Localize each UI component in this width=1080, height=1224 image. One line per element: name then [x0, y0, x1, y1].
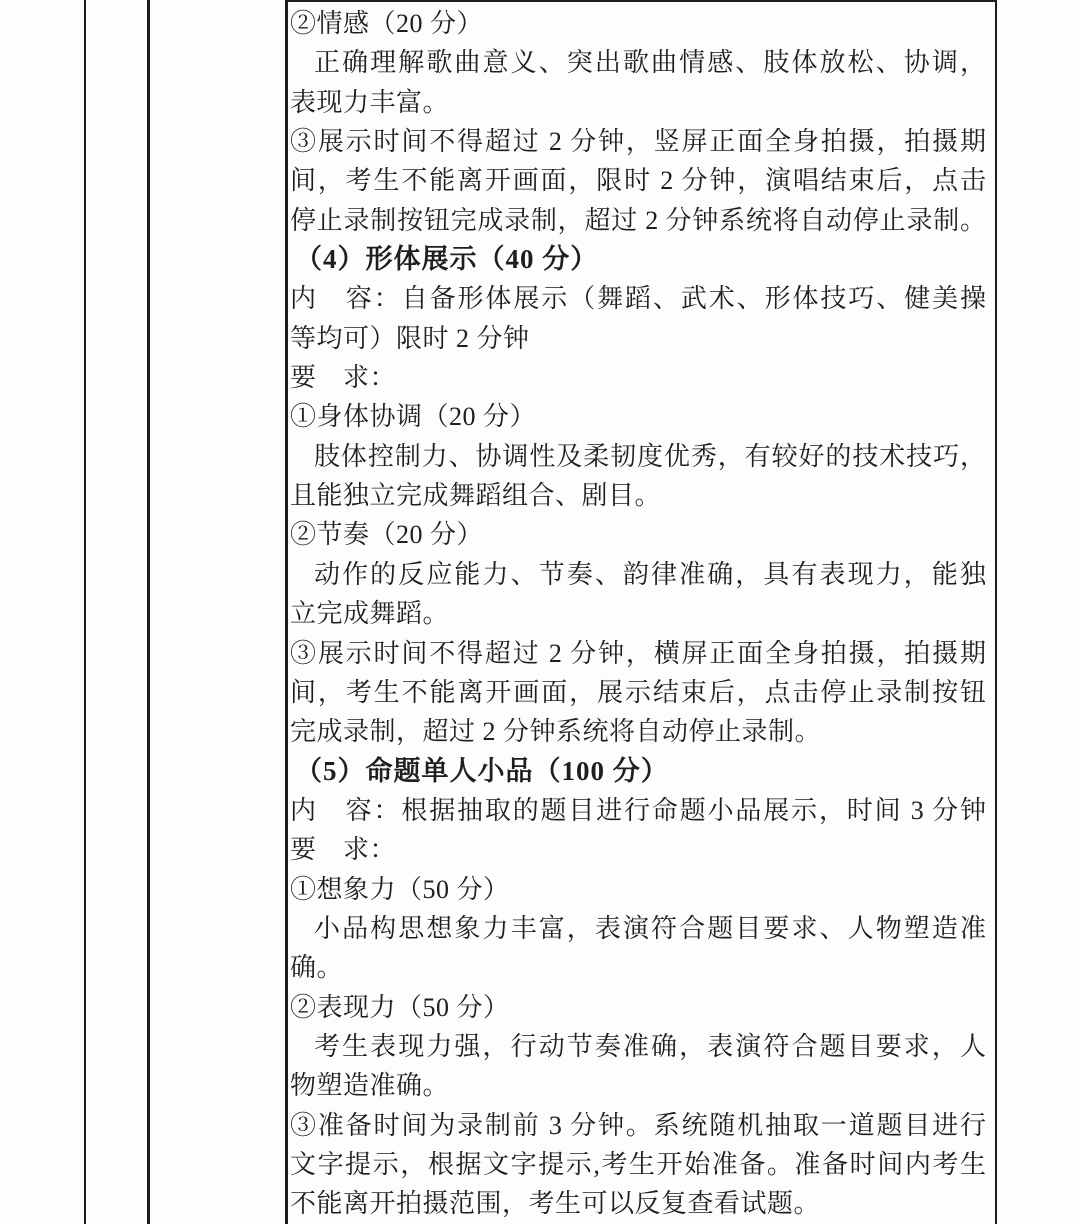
text-line: ③展示时间不得超过 2 分钟，横屏正面全身拍摄，拍摄期	[290, 634, 986, 673]
text-line: 物塑造准确。	[290, 1066, 986, 1105]
text-line: 且能独立完成舞蹈组合、剧目。	[290, 476, 986, 515]
text-line: 表现力丰富。	[290, 83, 986, 122]
text-line: 内 容：自备形体展示（舞蹈、武术、形体技巧、健美操	[290, 279, 986, 318]
text-line: 要 求：	[290, 358, 986, 397]
table-column-border-right	[995, 0, 997, 1224]
text-line: ③准备时间为录制前 3 分钟。系统随机抽取一道题目进行	[290, 1106, 986, 1145]
text-line: 要 求：	[290, 830, 986, 869]
text-line: 肢体控制力、协调性及柔韧度优秀，有较好的技术技巧，	[290, 437, 986, 476]
text-line: ③展示时间不得超过 2 分钟，竖屏正面全身拍摄，拍摄期	[290, 122, 986, 161]
text-line: 等均可）限时 2 分钟	[290, 319, 986, 358]
text-line: 内 容：根据抽取的题目进行命题小品展示，时间 3 分钟	[290, 791, 986, 830]
table-column-border-1	[84, 0, 86, 1224]
text-line: 完成录制，超过 2 分钟系统将自动停止录制。	[290, 712, 986, 751]
text-line: 动作的反应能力、节奏、韵律准确，具有表现力，能独	[290, 555, 986, 594]
document-page: ②情感（20 分） 正确理解歌曲意义、突出歌曲情感、肢体放松、协调， 表现力丰富…	[0, 0, 1080, 1224]
section-heading-body-display: （4）形体展示（40 分）	[290, 240, 986, 279]
text-line: 确。	[290, 948, 986, 987]
text-line: 间，考生不能离开画面，展示结束后，点击停止录制按钮	[290, 673, 986, 712]
text-line: 间，考生不能离开画面，限时 2 分钟，演唱结束后，点击	[290, 161, 986, 200]
text-line: 文字提示，根据文字提示,考生开始准备。准备时间内考生	[290, 1145, 986, 1184]
text-line: 不能离开拍摄范围，考生可以反复查看试题。	[290, 1184, 986, 1223]
table-row-border-top	[285, 0, 997, 2]
criterion-heading-coordination: ①身体协调（20 分）	[290, 397, 986, 436]
table-column-border-2	[147, 0, 150, 1224]
criterion-heading-imagination: ①想象力（50 分）	[290, 870, 986, 909]
table-cell-criteria-text: ②情感（20 分） 正确理解歌曲意义、突出歌曲情感、肢体放松、协调， 表现力丰富…	[290, 4, 986, 1224]
criterion-heading-rhythm: ②节奏（20 分）	[290, 515, 986, 554]
table-column-border-3	[285, 0, 288, 1224]
section-heading-solo-sketch: （5）命题单人小品（100 分）	[290, 752, 986, 791]
criterion-heading-emotion: ②情感（20 分）	[290, 4, 986, 43]
criterion-heading-expression: ②表现力（50 分）	[290, 988, 986, 1027]
text-line: 正确理解歌曲意义、突出歌曲情感、肢体放松、协调，	[290, 43, 986, 82]
text-line: 立完成舞蹈。	[290, 594, 986, 633]
text-line: 考生表现力强，行动节奏准确，表演符合题目要求，人	[290, 1027, 986, 1066]
text-line: 小品构思想象力丰富，表演符合题目要求、人物塑造准	[290, 909, 986, 948]
text-line: 停止录制按钮完成录制，超过 2 分钟系统将自动停止录制。	[290, 201, 986, 240]
